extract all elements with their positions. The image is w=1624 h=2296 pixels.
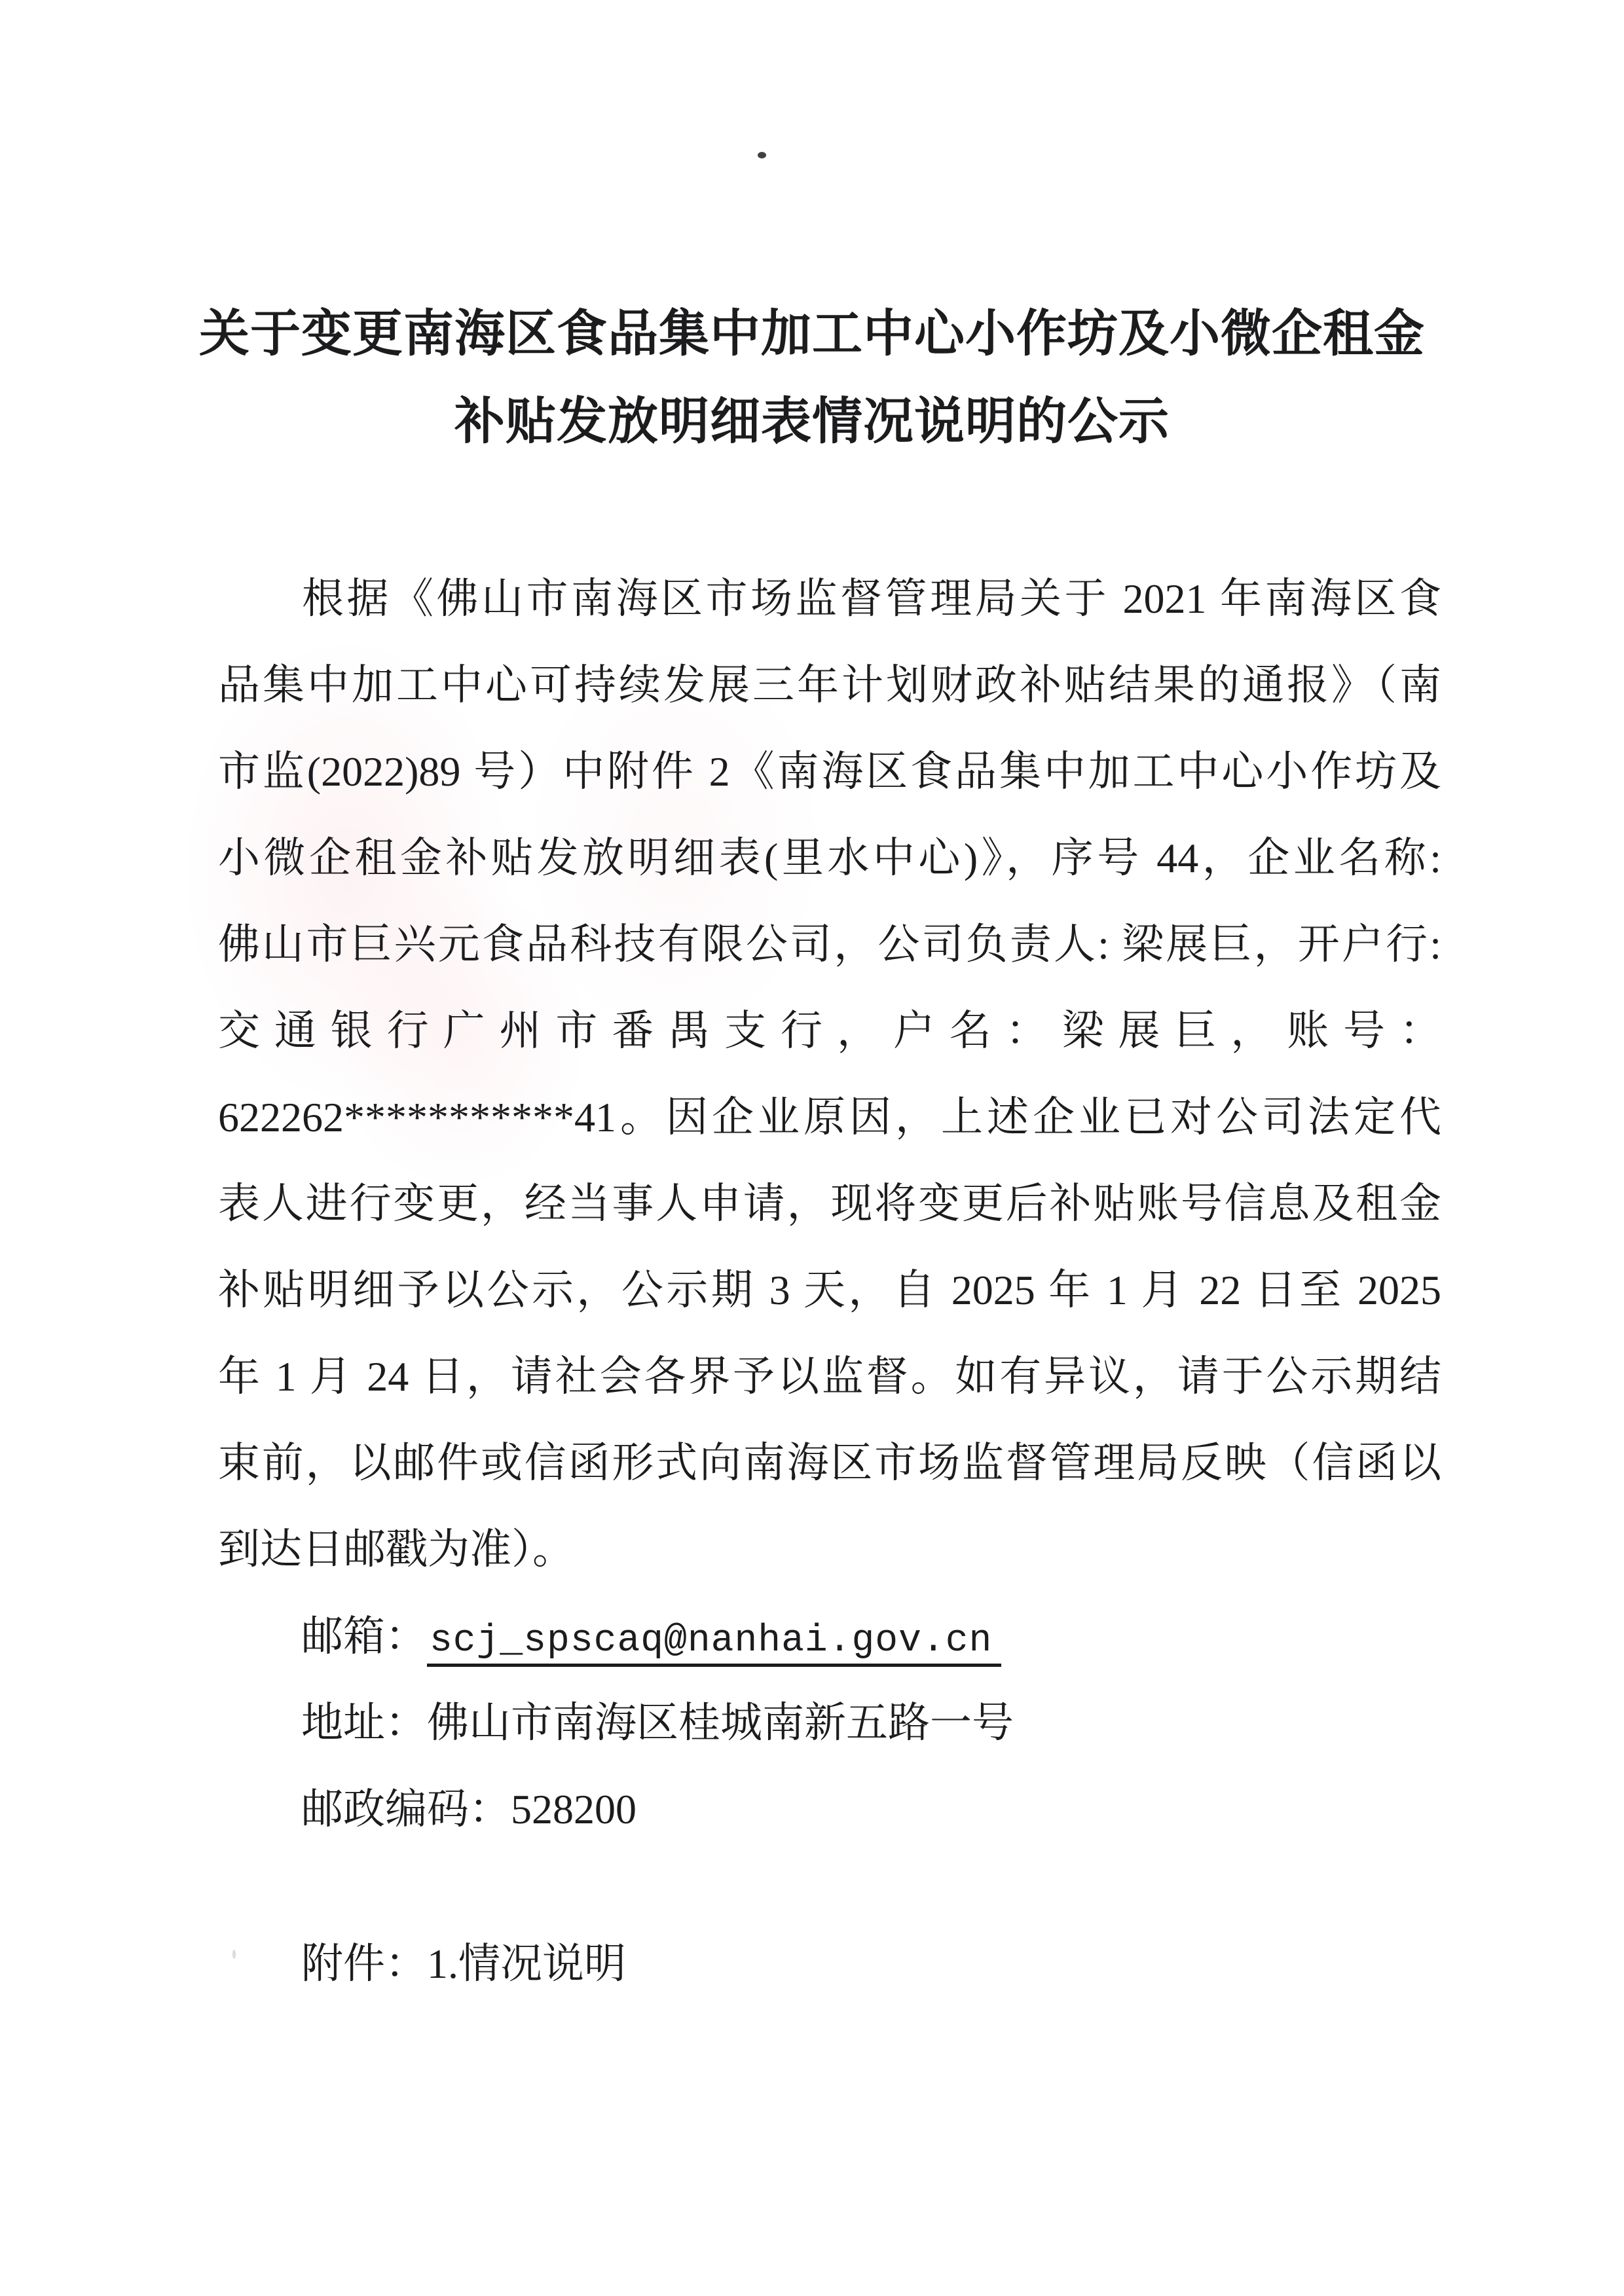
body-line: 根据《佛山市南海区市场监督管理局关于 2021 年南海区食 — [218, 556, 1441, 642]
body-line: 交通银行广州市番禺支行，户名：梁展巨，账号： — [218, 988, 1441, 1074]
body-line: 佛山市巨兴元食品科技有限公司，公司负责人: 梁展巨，开户行: — [218, 902, 1441, 988]
document-title: 关于变更南海区食品集中加工中心小作坊及小微企租金 补贴发放明细表情况说明的公示 — [131, 290, 1493, 465]
body-line: 小微企租金补贴发放明细表(里水中心)》，序号 44，企业名称: — [218, 815, 1441, 902]
email-label: 邮箱： — [301, 1613, 427, 1660]
body-line: 622262***********41。因企业原因，上述企业已对公司法定代 — [218, 1074, 1441, 1161]
body-line: 束前，以邮件或信函形式向南海区市场监督管理局反映（信函以 — [218, 1420, 1441, 1506]
document-page: 关于变更南海区食品集中加工中心小作坊及小微企租金 补贴发放明细表情况说明的公示 … — [0, 0, 1624, 2296]
body-line: 市监(2022)89 号）中附件 2《南海区食品集中加工中心小作坊及 — [218, 729, 1441, 815]
email-link[interactable]: scj_spscaq@nanhai.gov.cn — [427, 1620, 1001, 1667]
title-line-2: 补贴发放明细表情况说明的公示 — [131, 378, 1493, 465]
scan-speck — [758, 152, 766, 158]
postal-code-line: 邮政编码：528200 — [218, 1766, 1441, 1853]
address-line: 地址：佛山市南海区桂城南新五路一号 — [218, 1680, 1441, 1766]
body-line: 年 1 月 24 日，请社会各界予以监督。如有异议，请于公示期结 — [218, 1334, 1441, 1420]
document-body: 根据《佛山市南海区市场监督管理局关于 2021 年南海区食 品集中加工中心可持续… — [218, 556, 1441, 1593]
body-line: 品集中加工中心可持续发展三年计划财政补贴结果的通报》（南 — [218, 642, 1441, 729]
contact-block: 邮箱：scj_spscaq@nanhai.gov.cn 地址：佛山市南海区桂城南… — [218, 1594, 1441, 1853]
body-line: 补贴明细予以公示，公示期 3 天，自 2025 年 1 月 22 日至 2025 — [218, 1247, 1441, 1334]
title-line-1: 关于变更南海区食品集中加工中心小作坊及小微企租金 — [131, 290, 1493, 378]
body-line: 到达日邮戳为准）。 — [218, 1506, 1441, 1593]
attachment-line: 附件：1.情况说明 — [218, 1921, 1441, 2007]
body-line: 表人进行变更，经当事人申请，现将变更后补贴账号信息及租金 — [218, 1161, 1441, 1247]
email-line: 邮箱：scj_spscaq@nanhai.gov.cn — [218, 1594, 1441, 1680]
